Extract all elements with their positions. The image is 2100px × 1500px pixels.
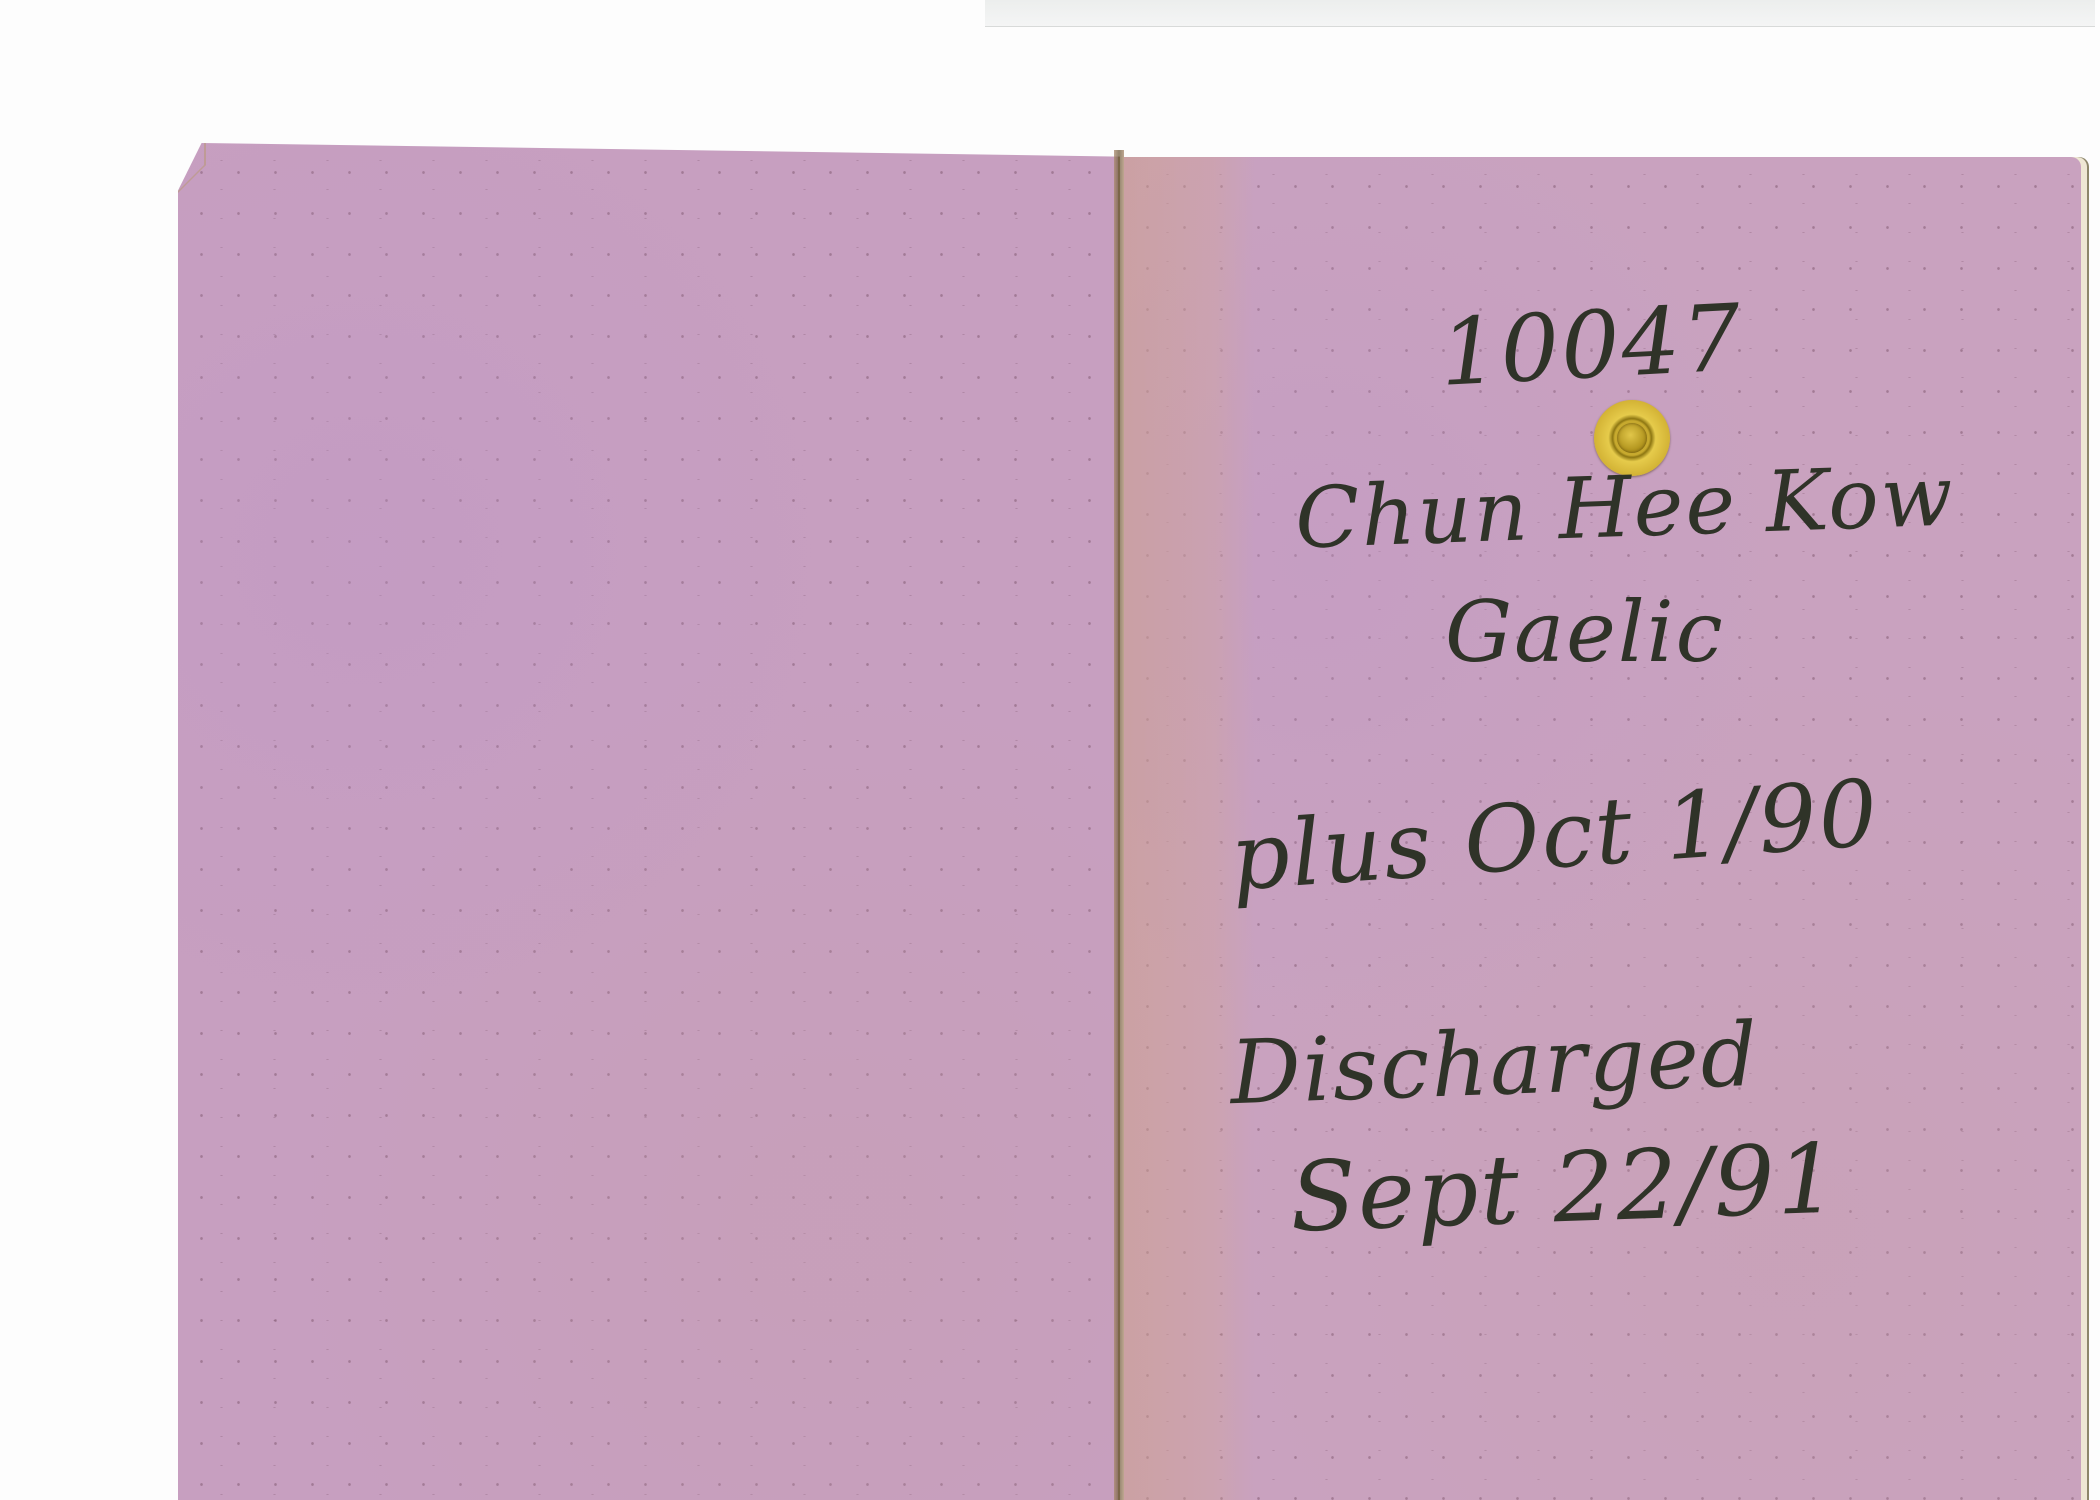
handwritten-ship: Gaelic (1445, 590, 1725, 674)
handwritten-number: 10047 (1438, 292, 1745, 400)
scanner-edge-strip (985, 0, 2095, 27)
handwritten-name: Chun Hee Kow (1294, 454, 1956, 561)
booklet-spine (1114, 150, 1124, 1500)
scanned-document: 10047 Chun Hee Kow Gaelic plus Oct 1/90 … (0, 0, 2100, 1500)
handwritten-date: Sept 22/91 (1288, 1130, 1841, 1245)
left-page (178, 143, 1120, 1500)
handwritten-status: Discharged (1229, 1011, 1761, 1117)
